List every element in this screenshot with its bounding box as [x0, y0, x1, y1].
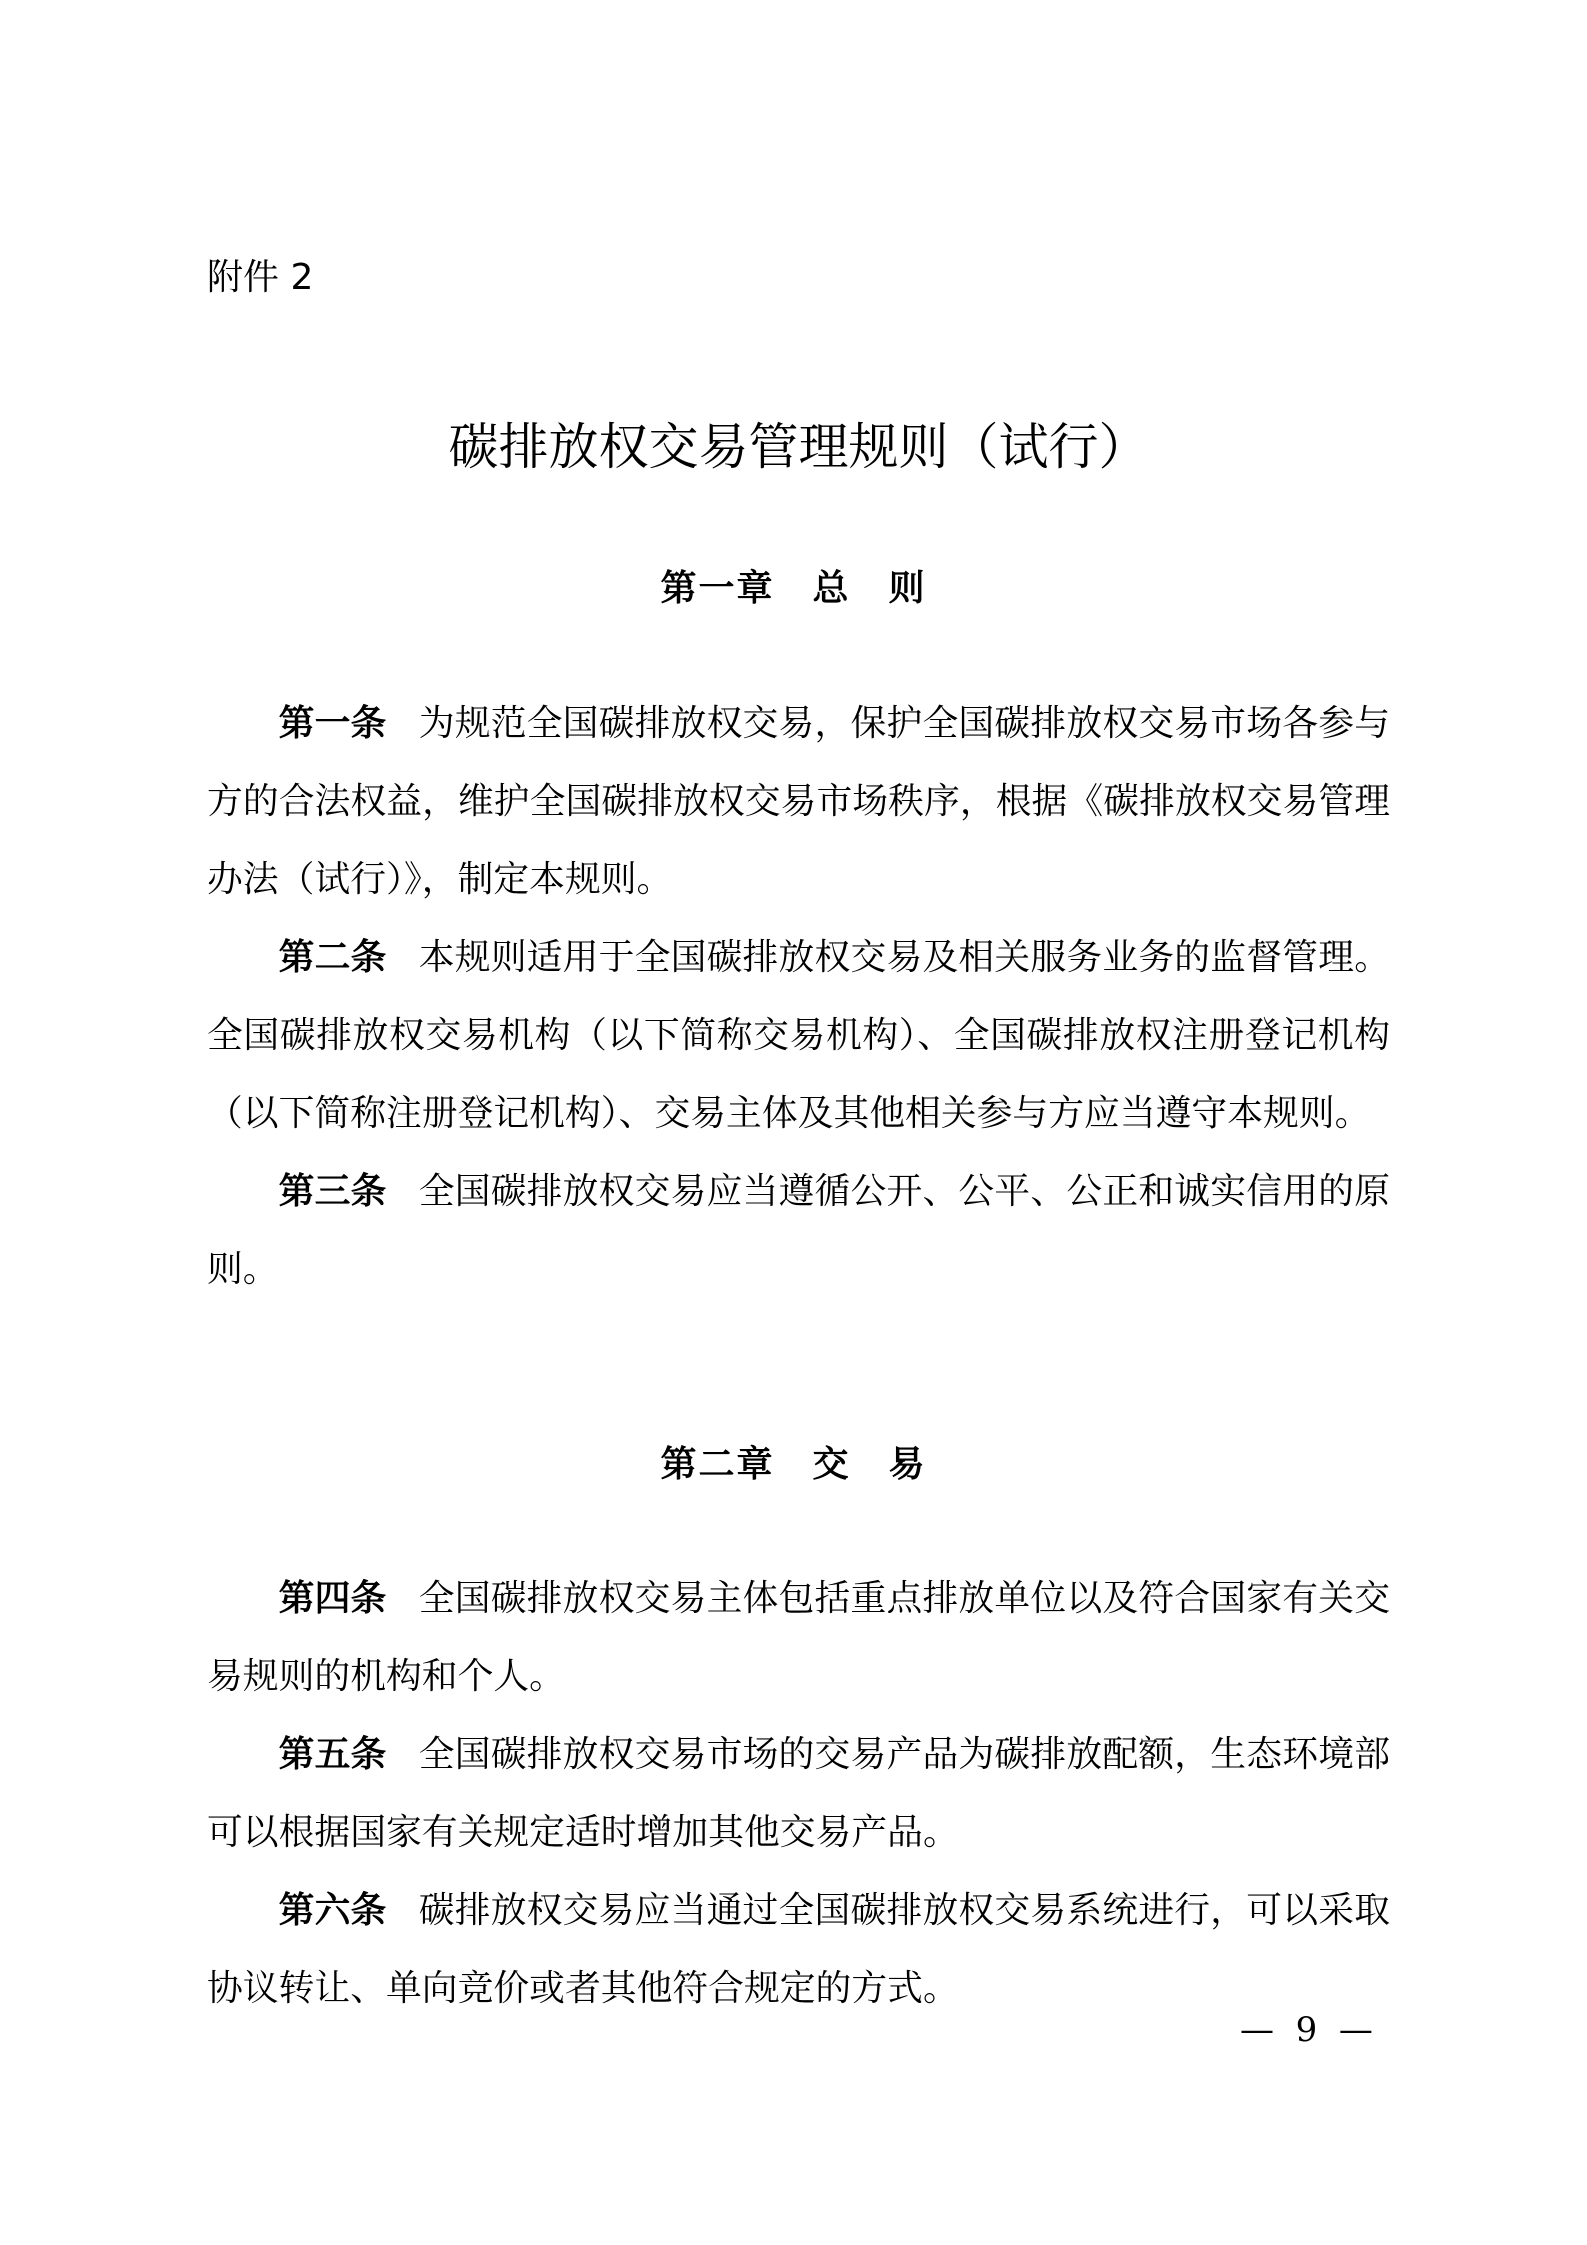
- article-number: 第二条: [279, 937, 387, 978]
- article-2: 第二条本规则适用于全国碳排放权交易及相关服务业务的监督管理。全国碳排放权交易机构…: [207, 919, 1390, 1153]
- chapter-heading-2: 第二章 交 易: [0, 1440, 1587, 1490]
- document-page: 附件 2 碳排放权交易管理规则（试行） 第一章 总 则 第一条为规范全国碳排放权…: [0, 0, 1587, 2245]
- article-6: 第六条碳排放权交易应当通过全国碳排放权交易系统进行，可以采取协议转让、单向竞价或…: [207, 1872, 1390, 2028]
- article-4: 第四条全国碳排放权交易主体包括重点排放单位以及符合国家有关交易规则的机构和个人。: [207, 1560, 1390, 1716]
- page-number: — 9 —: [1240, 2005, 1373, 2055]
- article-number: 第六条: [279, 1890, 387, 1931]
- article-3: 第三条全国碳排放权交易应当遵循公开、公平、公正和诚实信用的原则。: [207, 1153, 1390, 1309]
- article-number: 第一条: [279, 703, 387, 744]
- chapter-heading-1: 第一章 总 则: [0, 564, 1587, 614]
- attachment-label: 附件 2: [207, 253, 313, 303]
- article-1: 第一条为规范全国碳排放权交易，保护全国碳排放权交易市场各参与方的合法权益，维护全…: [207, 685, 1390, 919]
- article-number: 第四条: [279, 1578, 387, 1619]
- article-number: 第五条: [279, 1734, 387, 1775]
- article-number: 第三条: [279, 1171, 387, 1212]
- document-title: 碳排放权交易管理规则（试行）: [0, 412, 1587, 482]
- chapter-2-body: 第四条全国碳排放权交易主体包括重点排放单位以及符合国家有关交易规则的机构和个人。…: [207, 1560, 1390, 2028]
- article-5: 第五条全国碳排放权交易市场的交易产品为碳排放配额，生态环境部可以根据国家有关规定…: [207, 1716, 1390, 1872]
- chapter-1-body: 第一条为规范全国碳排放权交易，保护全国碳排放权交易市场各参与方的合法权益，维护全…: [207, 685, 1390, 1309]
